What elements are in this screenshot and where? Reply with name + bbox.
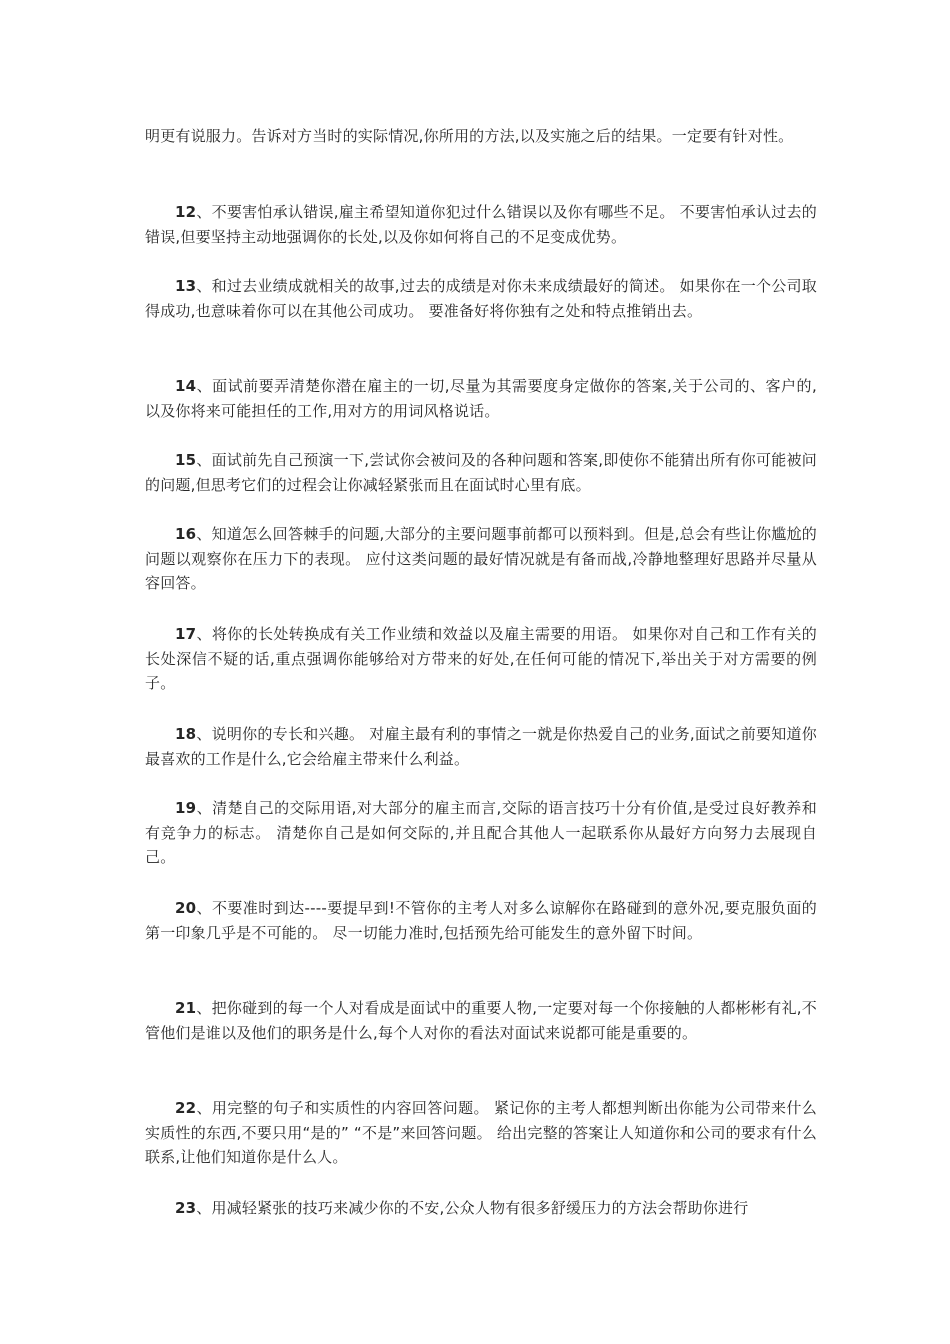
paragraph-text: 、和过去业绩成就相关的故事,过去的成绩是对你未来成绩最好的简述。 如果你在一个公… — [145, 277, 817, 320]
paragraph-number: 23 — [175, 1199, 196, 1217]
paragraph-17: 17、将你的长处转换成有关工作业绩和效益以及雇主需要的用语。 如果你对自己和工作… — [145, 622, 817, 696]
paragraph-23: 23、用减轻紧张的技巧来减少你的不安,公众人物有很多舒缓压力的方法会帮助你进行 — [145, 1196, 817, 1221]
paragraph-number: 21 — [175, 999, 196, 1017]
paragraph-21: 21、把你碰到的每一个人对看成是面试中的重要人物,一定要对每一个你接触的人都彬彬… — [145, 996, 817, 1045]
paragraph-number: 20 — [175, 899, 196, 917]
paragraph-text: 、清楚自己的交际用语,对大部分的雇主而言,交际的语言技巧十分有价值,是受过良好教… — [145, 799, 817, 866]
paragraph-text: 、不要准时到达----要提早到!不管你的主考人对多么谅解你在路碰到的意外况,要克… — [145, 899, 817, 942]
paragraph-text: 、面试前要弄清楚你潜在雇主的一切,尽量为其需要度身定做你的答案,关于公司的、客户… — [145, 377, 817, 420]
paragraph-text: 明更有说服力。告诉对方当时的实际情况,你所用的方法,以及实施之后的结果。一定要有… — [145, 127, 793, 145]
paragraph-text: 、用减轻紧张的技巧来减少你的不安,公众人物有很多舒缓压力的方法会帮助你进行 — [196, 1199, 748, 1217]
document-page: 明更有说服力。告诉对方当时的实际情况,你所用的方法,以及实施之后的结果。一定要有… — [0, 0, 950, 1344]
paragraph-number: 12 — [175, 203, 196, 221]
paragraph-14: 14、面试前要弄清楚你潜在雇主的一切,尽量为其需要度身定做你的答案,关于公司的、… — [145, 374, 817, 423]
paragraph-20: 20、不要准时到达----要提早到!不管你的主考人对多么谅解你在路碰到的意外况,… — [145, 896, 817, 945]
paragraph-16: 16、知道怎么回答棘手的问题,大部分的主要问题事前都可以预料到。但是,总会有些让… — [145, 522, 817, 596]
paragraph-text: 、把你碰到的每一个人对看成是面试中的重要人物,一定要对每一个你接触的人都彬彬有礼… — [145, 999, 817, 1042]
paragraph-text: 、说明你的专长和兴趣。 对雇主最有利的事情之一就是你热爱自己的业务,面试之前要知… — [145, 725, 817, 768]
paragraph-number: 22 — [175, 1099, 196, 1117]
paragraph-12: 12、不要害怕承认错误,雇主希望知道你犯过什么错误以及你有哪些不足。 不要害怕承… — [145, 200, 817, 249]
paragraph-number: 17 — [175, 625, 196, 643]
paragraph-11-continued: 明更有说服力。告诉对方当时的实际情况,你所用的方法,以及实施之后的结果。一定要有… — [145, 124, 817, 149]
paragraph-22: 22、用完整的句子和实质性的内容回答问题。 紧记你的主考人都想判断出你能为公司带… — [145, 1096, 817, 1170]
paragraph-number: 15 — [175, 451, 196, 469]
paragraph-number: 14 — [175, 377, 196, 395]
paragraph-text: 、用完整的句子和实质性的内容回答问题。 紧记你的主考人都想判断出你能为公司带来什… — [145, 1099, 817, 1166]
paragraph-18: 18、说明你的专长和兴趣。 对雇主最有利的事情之一就是你热爱自己的业务,面试之前… — [145, 722, 817, 771]
paragraph-number: 13 — [175, 277, 196, 295]
paragraph-19: 19、清楚自己的交际用语,对大部分的雇主而言,交际的语言技巧十分有价值,是受过良… — [145, 796, 817, 870]
paragraph-text: 、不要害怕承认错误,雇主希望知道你犯过什么错误以及你有哪些不足。 不要害怕承认过… — [145, 203, 817, 246]
paragraph-number: 18 — [175, 725, 196, 743]
paragraph-text: 、将你的长处转换成有关工作业绩和效益以及雇主需要的用语。 如果你对自己和工作有关… — [145, 625, 817, 692]
paragraph-number: 16 — [175, 525, 196, 543]
paragraph-text: 、知道怎么回答棘手的问题,大部分的主要问题事前都可以预料到。但是,总会有些让你尴… — [145, 525, 817, 592]
paragraph-text: 、面试前先自己预演一下,尝试你会被问及的各种问题和答案,即使你不能猜出所有你可能… — [145, 451, 817, 494]
paragraph-number: 19 — [175, 799, 196, 817]
paragraph-15: 15、面试前先自己预演一下,尝试你会被问及的各种问题和答案,即使你不能猜出所有你… — [145, 448, 817, 497]
paragraph-13: 13、和过去业绩成就相关的故事,过去的成绩是对你未来成绩最好的简述。 如果你在一… — [145, 274, 817, 323]
